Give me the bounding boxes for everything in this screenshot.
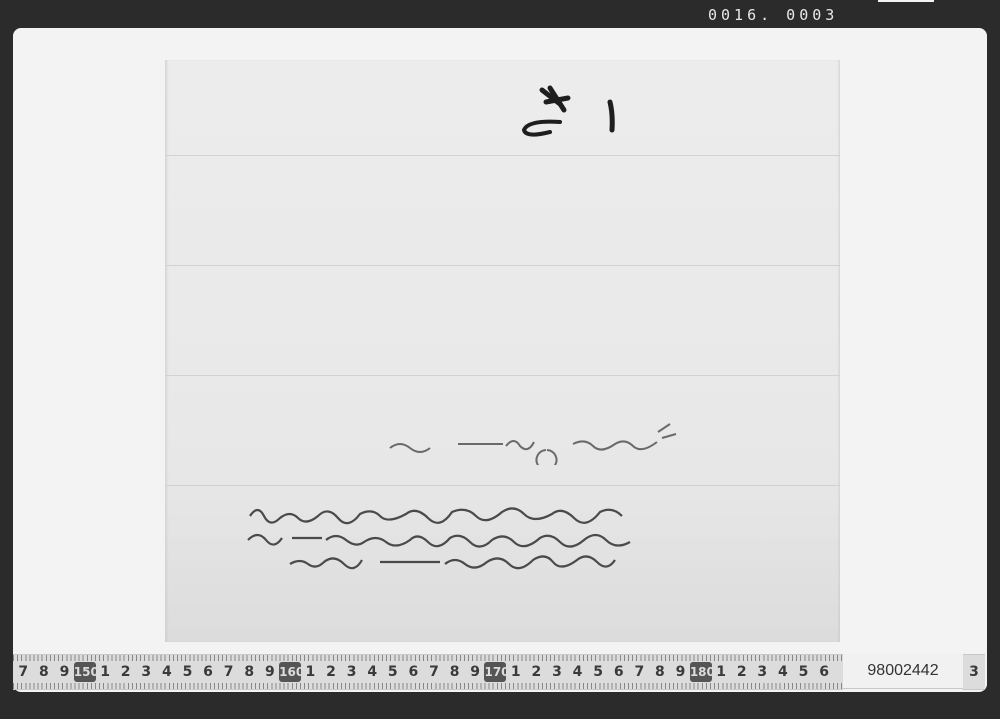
ruler-label: 2 (321, 662, 342, 682)
ruler-label: 8 (239, 662, 260, 682)
ruler-label: 5 (793, 662, 814, 682)
reel-id-label: 98002442 (843, 654, 963, 689)
ruler-label: 5 (588, 662, 609, 682)
ruler-label: 1 (300, 662, 321, 682)
fold-line (165, 155, 840, 156)
ruler-label: 2 (731, 662, 752, 682)
ruler-label: 8 (34, 662, 55, 682)
title-calligraphy (520, 82, 630, 142)
ruler-label: 3 (547, 662, 568, 682)
frame-counter: 0016. 0003 (708, 6, 838, 24)
ruler-label: 3 (341, 662, 362, 682)
ruler-ticks (13, 655, 843, 661)
ruler-end-label: 3 (963, 654, 985, 690)
ruler-label: 9 (260, 662, 281, 682)
ruler-label: 3 (136, 662, 157, 682)
ruler-label: 2 (526, 662, 547, 682)
measurement-ruler: 7891501234567891601234567891701234567891… (13, 654, 843, 690)
ruler-label: 150 (74, 662, 96, 682)
ruler-label: 170 (484, 662, 506, 682)
ruler-label: 9 (670, 662, 691, 682)
fold-line (165, 375, 840, 376)
ruler-label: 6 (814, 662, 835, 682)
ruler-label: 9 (465, 662, 486, 682)
film-edge-tab (878, 0, 934, 2)
ruler-label: 5 (383, 662, 404, 682)
ruler-ticks (13, 683, 843, 689)
ruler-label: 4 (157, 662, 178, 682)
ruler-label: 1 (505, 662, 526, 682)
ruler-label: 8 (650, 662, 671, 682)
ruler-label: 6 (198, 662, 219, 682)
ruler-label: 7 (218, 662, 239, 682)
ruler-label: 4 (567, 662, 588, 682)
fold-line (165, 265, 840, 266)
ruler-label: 160 (279, 662, 301, 682)
ruler-label: 1 (711, 662, 732, 682)
ruler-label: 3 (752, 662, 773, 682)
ruler-label: 8 (444, 662, 465, 682)
ruler-label: 7 (629, 662, 650, 682)
ruler-label: 1 (95, 662, 116, 682)
ruler-label: 7 (13, 662, 34, 682)
ruler-label: 180 (690, 662, 712, 682)
ruler-labels: 7891501234567891601234567891701234567891… (13, 662, 834, 682)
handwritten-line (388, 420, 688, 465)
ruler-label: 7 (424, 662, 445, 682)
ruler-label: 4 (773, 662, 794, 682)
handwritten-body (240, 494, 740, 579)
ruler-label: 2 (115, 662, 136, 682)
ruler-label: 9 (54, 662, 75, 682)
ruler-label: 5 (177, 662, 198, 682)
ruler-label: 6 (608, 662, 629, 682)
ruler-label: 6 (403, 662, 424, 682)
ruler-label: 4 (362, 662, 383, 682)
